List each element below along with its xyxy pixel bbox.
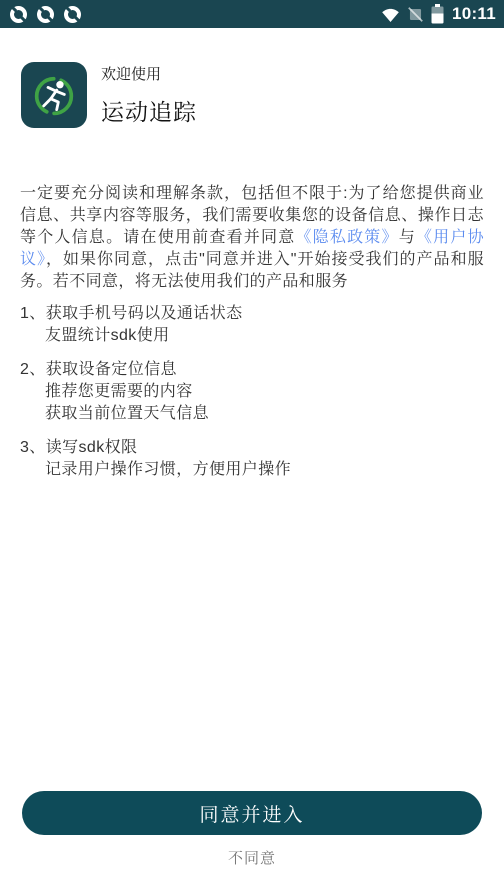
- app-name: 运动追踪: [101, 94, 197, 127]
- sync-icon: [37, 6, 54, 23]
- permission-detail: 友盟统计sdk使用: [20, 325, 484, 347]
- status-bar: 10:11: [0, 0, 504, 28]
- permission-item: 3、读写sdk权限 记录用户操作习惯，方便用户操作: [20, 437, 484, 481]
- permission-detail: 推荐您更需要的内容: [20, 381, 484, 403]
- permissions-list: 1、获取手机号码以及通话状态 友盟统计sdk使用 2、获取设备定位信息 推荐您更…: [20, 303, 484, 481]
- status-bar-notifications: [10, 6, 81, 23]
- status-bar-system: 10:11: [381, 4, 496, 24]
- privacy-policy-link[interactable]: 《隐私政策》: [295, 229, 398, 246]
- app-logo-icon: [21, 62, 87, 128]
- header-text: 欢迎使用 运动追踪: [101, 63, 197, 127]
- wifi-icon: [381, 5, 400, 24]
- intro-conjunction: 与: [399, 229, 416, 246]
- sync-icon: [10, 6, 27, 23]
- intro-text-2: ，如果你同意，点击"同意并进入"开始接受我们的产品和服务。若不同意，将无法使用我…: [20, 251, 484, 290]
- disagree-link[interactable]: 不同意: [220, 845, 284, 870]
- agree-button[interactable]: 同意并进入: [22, 791, 482, 835]
- permission-title: 1、获取手机号码以及通话状态: [20, 303, 484, 325]
- consent-screen: 10:11 欢迎使用 运动追踪 一定要充分阅读和理解条款，包括但不限于:为了给: [0, 0, 504, 896]
- sync-icon: [64, 6, 81, 23]
- permission-detail: 获取当前位置天气信息: [20, 403, 484, 425]
- status-bar-clock: 10:11: [452, 4, 496, 24]
- terms-intro-paragraph: 一定要充分阅读和理解条款，包括但不限于:为了给您提供商业信息、共享内容等服务，我…: [20, 183, 484, 293]
- permission-detail: 记录用户操作习惯，方便用户操作: [20, 459, 484, 481]
- permission-title: 3、读写sdk权限: [20, 437, 484, 459]
- welcome-label: 欢迎使用: [101, 63, 197, 84]
- permission-title: 2、获取设备定位信息: [20, 359, 484, 381]
- app-header: 欢迎使用 运动追踪: [21, 62, 504, 128]
- battery-icon: [431, 4, 444, 24]
- permission-item: 2、获取设备定位信息 推荐您更需要的内容 获取当前位置天气信息: [20, 359, 484, 425]
- consent-actions: 同意并进入 不同意: [0, 791, 504, 896]
- no-sim-icon: [406, 5, 425, 24]
- permission-item: 1、获取手机号码以及通话状态 友盟统计sdk使用: [20, 303, 484, 347]
